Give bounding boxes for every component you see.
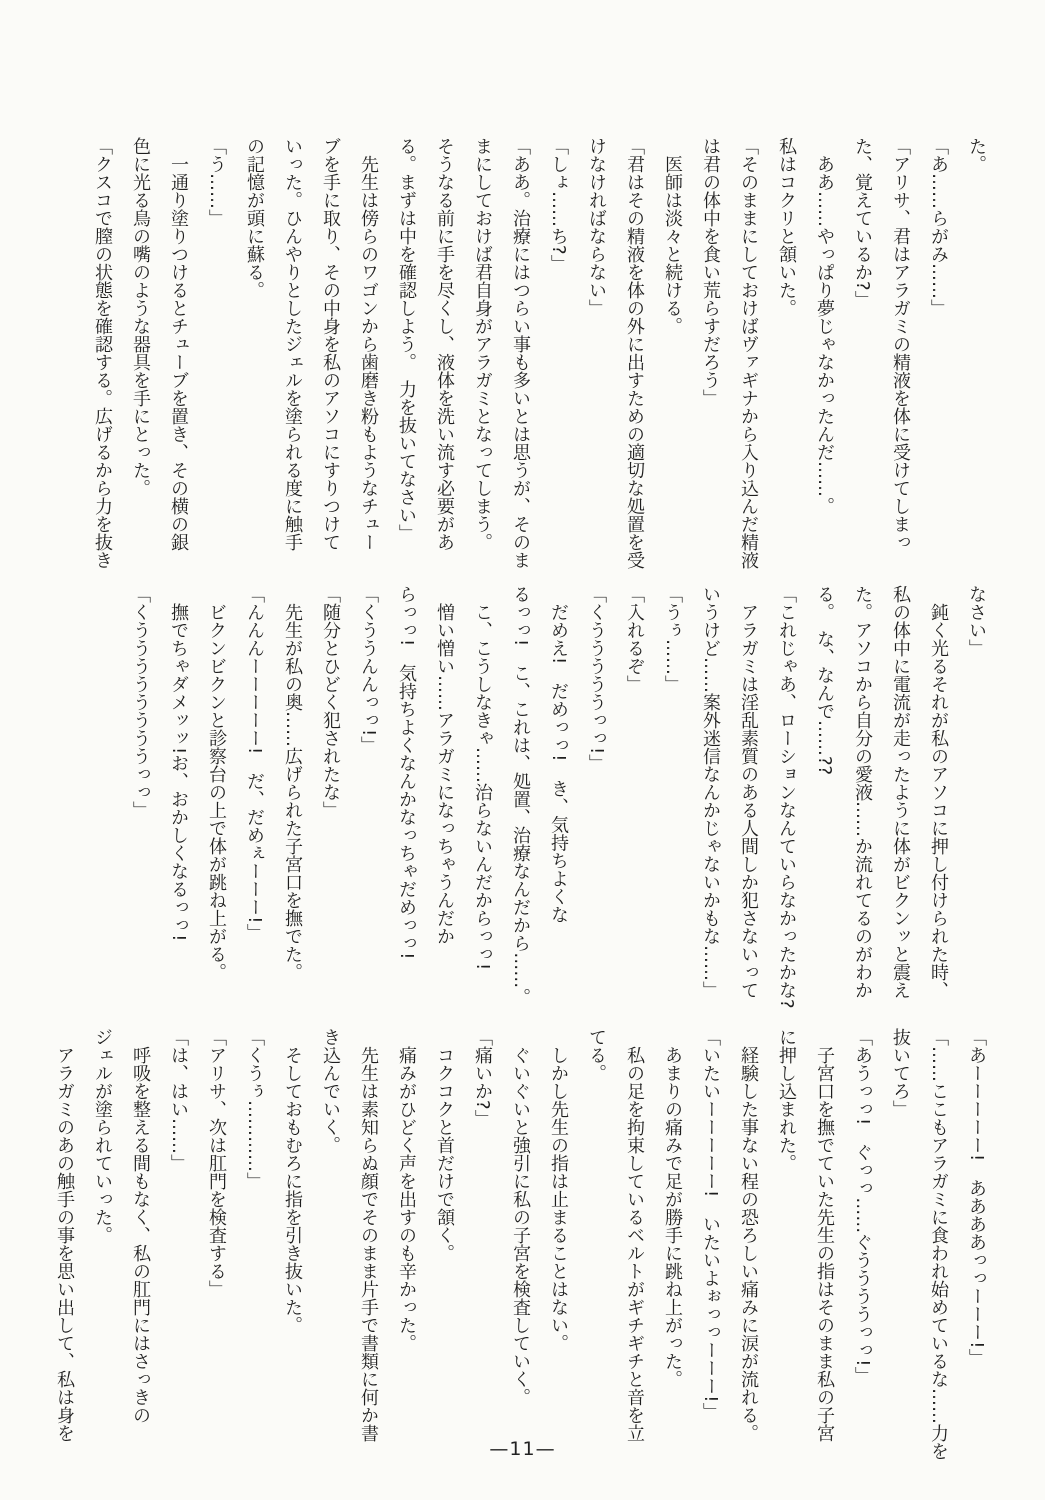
text-column: あまりの痛みで足が勝手に跳ね上がった。 <box>653 1028 691 1468</box>
text-column: 「ああ。治療にはつらい事も多いとは思うが、そのま まにしておけば君自身がアラガミ… <box>387 137 539 589</box>
text-column: なさい」 <box>957 585 995 1025</box>
text-column: こ、こうしなきゃ……治らないんだからっっ! 憎い憎い……アラガミになっちゃうんだ… <box>387 585 501 1025</box>
text-band-middle: なさい」 鈍く光るそれが私のアソコに押し付けられた時、 私の体中に電流が走ったよ… <box>40 585 995 1025</box>
text-column: 「……ここもアラガミに食われ始めているな……力を 抜いてろ」 <box>881 1028 957 1468</box>
scanned-novel-page: た。 「あ……らがみ……」 「アリサ、君はアラガミの精液を体に受けてしまっ た、… <box>0 0 1045 1500</box>
text-band-top: た。 「あ……らがみ……」 「アリサ、君はアラガミの精液を体に受けてしまっ た、… <box>40 137 995 589</box>
text-column: 「君はその精液を体の外に出すための適切な処置を受 けなければならない」 <box>577 137 653 589</box>
text-column: 「クスコで膣の状態を確認する。広げるから力を抜き <box>83 137 121 589</box>
text-column: 私はコクリと頷いた。 <box>767 137 805 589</box>
text-column: ビクンビクンと診察台の上で体が跳ね上がる。 撫でちゃダメッッ!お、おかしくなるっ… <box>159 585 235 1025</box>
text-column: 「しょ……ち?」 <box>539 137 577 589</box>
text-column: 先生は素知らぬ顔でそのまま片手で書類に何か書 き込んでいく。 <box>311 1028 387 1468</box>
text-column: 「うぅ……」 <box>653 585 691 1025</box>
text-column: アラガミのあの触手の事を思い出して、私は身を <box>45 1028 83 1468</box>
text-column: ぐいぐいと強引に私の子宮を検査していく。 <box>501 1028 539 1468</box>
text-column: 私の足を拘束しているベルトがギチギチと音を立 てる。 <box>577 1028 653 1468</box>
text-column: 医師は淡々と続ける。 <box>653 137 691 589</box>
text-column: コクコクと首だけで頷く。 <box>425 1028 463 1468</box>
text-column: た。 <box>957 137 995 589</box>
text-column: 「くうううううっっ!」 <box>577 585 615 1025</box>
text-column: 「くうぅ…………」 <box>235 1028 273 1468</box>
text-column: 「入れるぞ」 <box>615 585 653 1025</box>
text-column: 「くううううううううっっ」 <box>121 585 159 1025</box>
text-column: 「あ……らがみ……」 <box>919 137 957 589</box>
text-column: 「痛いか?」 <box>463 1028 501 1468</box>
text-column: 「いたいーーーーー! いたいよぉっっーーー!」 <box>691 1028 729 1468</box>
text-column: 子宮口を撫でていた先生の指はそのまま私の子宮 に押し込まれた。 <box>767 1028 843 1468</box>
text-band-bottom: 「あーーーーー! ああああっっーーー!」 「……ここもアラガミに食われ始めている… <box>40 1028 995 1468</box>
text-column: 痛みがひどく声を出すのも辛かった。 <box>387 1028 425 1468</box>
text-column: そしておもむろに指を引き抜いた。 <box>273 1028 311 1468</box>
text-column: しかし先生の指は止まることはない。 <box>539 1028 577 1468</box>
text-column: 「う……」 <box>197 137 235 589</box>
text-column: 「あうっっ! ぐっっ……ぐううううっっ!」 <box>843 1028 881 1468</box>
text-column: だめえ! だめっっ! き、気持ちよくな るっっ! こ、これは、処置、治療なんだか… <box>501 585 577 1025</box>
text-column: 「そのままにしておけばヴァギナから入り込んだ精液 は君の体中を食い荒らすだろう」 <box>691 137 767 589</box>
text-column: 「くううんんっっ!」 <box>349 585 387 1025</box>
text-column: 「は、はい……」 <box>159 1028 197 1468</box>
text-column: ああ……やっぱり夢じゃなかったんだ……。 <box>805 137 843 589</box>
text-column: 一通り塗りつけるとチューブを置き、その横の銀 色に光る鳥の嘴のような器具を手にと… <box>121 137 197 589</box>
text-column: 「んんんーーーーー! だ、だめぇーーー!」 <box>235 585 273 1025</box>
text-column: 先生が私の奥……広げられた子宮口を撫でた。 <box>273 585 311 1025</box>
text-column: 先生は傍らのワゴンから歯磨き粉もようなチュー ブを手に取り、その中身を私のアソコ… <box>235 137 387 589</box>
text-column: 「アリサ、次は肛門を検査する」 <box>197 1028 235 1468</box>
text-column: 鈍く光るそれが私のアソコに押し付けられた時、 私の体中に電流が走ったように体がビ… <box>805 585 957 1025</box>
text-column: 「アリサ、君はアラガミの精液を体に受けてしまっ た、覚えているか?」 <box>843 137 919 589</box>
text-column: 「これじゃあ、ローションなんていらなかったかな? アラガミは淫乱素質のある人間し… <box>691 585 805 1025</box>
text-column: 呼吸を整える間もなく、私の肛門にはさっきの ジェルが塗られていった。 <box>83 1028 159 1468</box>
text-column: 「あーーーーー! ああああっっーーー!」 <box>957 1028 995 1468</box>
page-number: —11— <box>0 1438 1045 1460</box>
text-column: 「随分とひどく犯されたな」 <box>311 585 349 1025</box>
text-column: 経験した事ない程の恐ろしい痛みに涙が流れる。 <box>729 1028 767 1468</box>
